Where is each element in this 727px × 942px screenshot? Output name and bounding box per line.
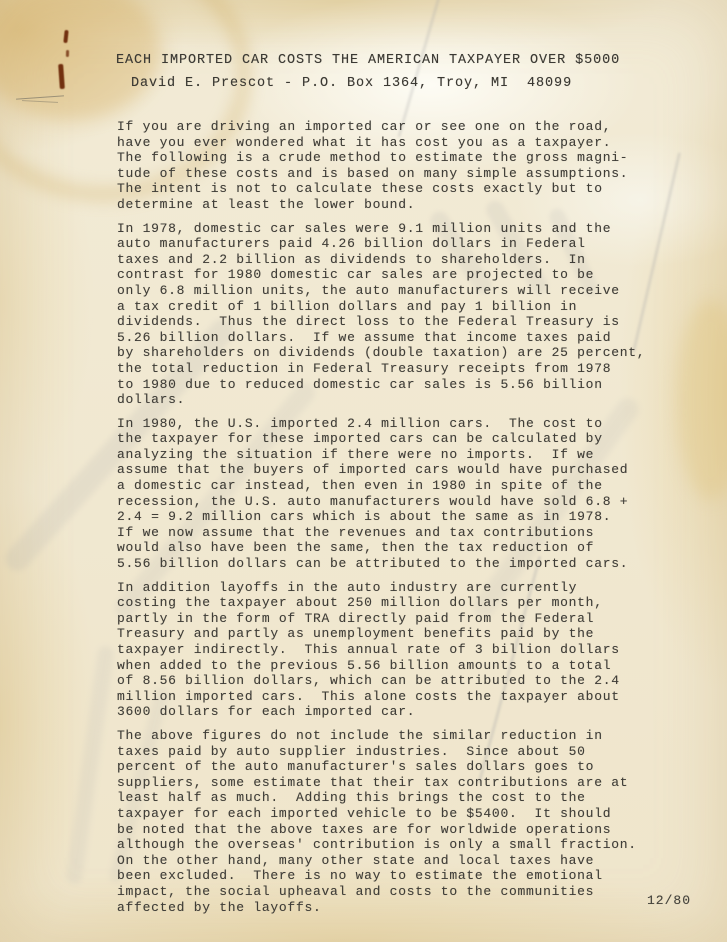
photocopy-ghost-line <box>397 0 441 138</box>
paragraph-1980-imports: In 1980, the U.S. imported 2.4 million c… <box>117 416 677 572</box>
paragraph-1978-sales: In 1978, domestic car sales were 9.1 mil… <box>117 221 677 408</box>
document-body: If you are driving an imported car or se… <box>117 119 677 923</box>
paragraph-conclusion: The above figures do not include the sim… <box>117 728 677 915</box>
edge-stain-blob <box>676 300 727 500</box>
scanned-document-page: EACH IMPORTED CAR COSTS THE AMERICAN TAX… <box>0 0 727 942</box>
rust-staple-mark <box>66 50 69 57</box>
document-byline: David E. Prescot - P.O. Box 1364, Troy, … <box>131 76 572 91</box>
photocopy-ghost-stroke <box>65 645 114 885</box>
document-title: EACH IMPORTED CAR COSTS THE AMERICAN TAX… <box>116 53 620 68</box>
paragraph-layoffs: In addition layoffs in the auto industry… <box>117 580 677 720</box>
paragraph-intro: If you are driving an imported car or se… <box>117 119 677 213</box>
page-date-label: 12/80 <box>647 893 691 908</box>
